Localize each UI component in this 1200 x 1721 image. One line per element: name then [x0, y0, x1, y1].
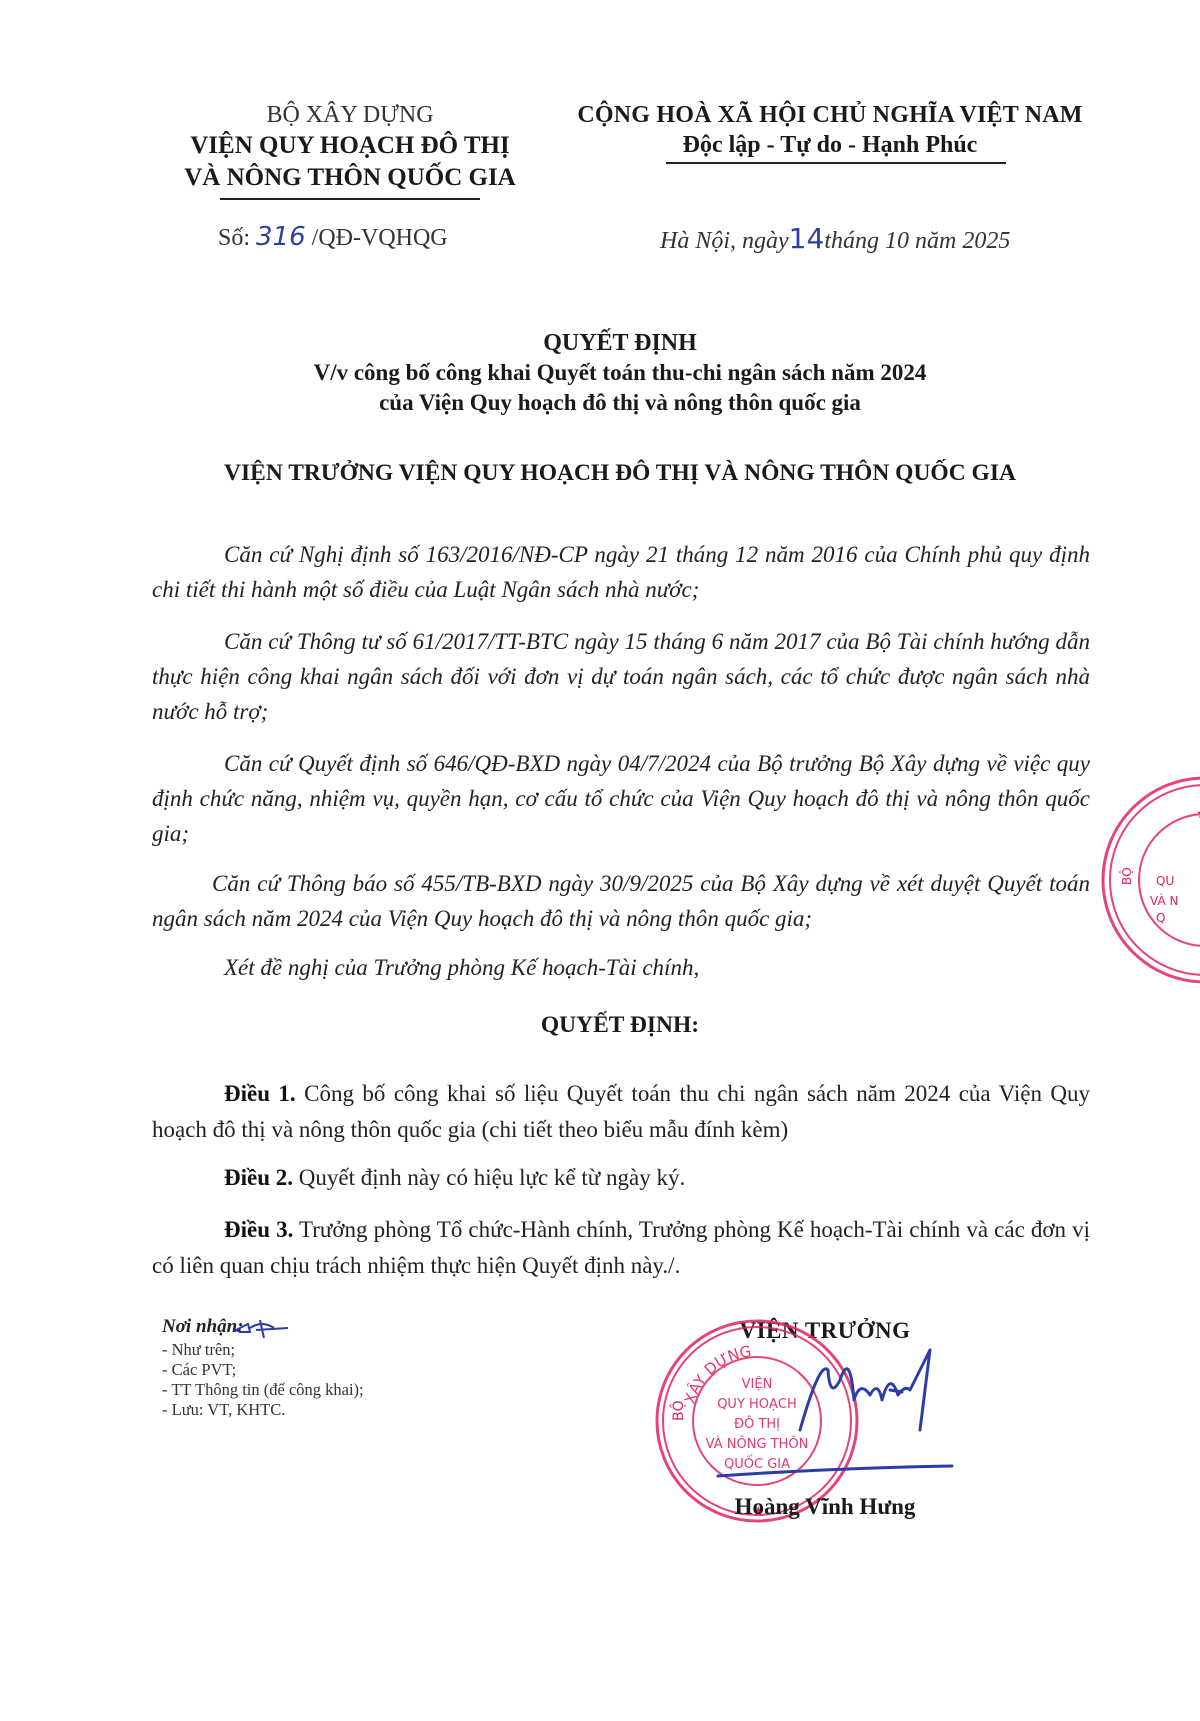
article-3: Điều 3. Trưởng phòng Tổ chức-Hành chính,…	[152, 1212, 1090, 1284]
article-2: Điều 2. Quyết định này có hiệu lực kể từ…	[152, 1160, 1090, 1196]
svg-text:VIỆN: VIỆN	[742, 1376, 773, 1392]
number-suffix: /QĐ-VQHQG	[312, 225, 448, 251]
issue-date: Hà Nội, ngày14tháng 10 năm 2025	[660, 222, 1010, 255]
article-1: Điều 1. Công bố công khai số liệu Quyết …	[152, 1076, 1090, 1148]
svg-text:★: ★	[1196, 807, 1200, 822]
number-prefix: Số:	[218, 225, 250, 251]
article-label: Điều 2.	[224, 1165, 293, 1190]
title-heading: QUYẾT ĐỊNH	[140, 328, 1100, 358]
org-name-line1: VIỆN QUY HOẠCH ĐÔ THỊ	[160, 130, 540, 162]
signer-name: Hoàng Vĩnh Hưng	[700, 1494, 950, 1520]
national-motto: Độc lập - Tự do - Hạnh Phúc	[566, 130, 1094, 160]
recipient-item: - Như trên;	[162, 1340, 522, 1360]
date-day-handwritten: 14	[789, 222, 825, 255]
issuer-header: BỘ XÂY DỰNG VIỆN QUY HOẠCH ĐÔ THỊ VÀ NÔN…	[160, 100, 540, 200]
svg-text:BỘ: BỘ	[1119, 867, 1134, 885]
document-title: QUYẾT ĐỊNH V/v công bố công khai Quyết t…	[140, 328, 1100, 418]
decision-heading: QUYẾT ĐỊNH:	[140, 1012, 1100, 1039]
svg-text:VÀ N: VÀ N	[1150, 893, 1178, 908]
article-label: Điều 3.	[224, 1217, 293, 1242]
org-name-line2: VÀ NÔNG THÔN QUỐC GIA	[160, 162, 540, 194]
svg-text:ĐÔ THỊ: ĐÔ THỊ	[734, 1416, 780, 1432]
signature-underline-icon	[714, 1462, 954, 1482]
legal-basis: Căn cứ Quyết định số 646/QĐ-BXD ngày 04/…	[152, 746, 1090, 851]
svg-text:QUY HOẠCH: QUY HOẠCH	[717, 1397, 797, 1412]
legal-basis: Căn cứ Thông báo số 455/TB-BXD ngày 30/9…	[152, 866, 1090, 936]
recipient-item: - Lưu: VT, KHTC.	[162, 1400, 522, 1420]
ministry-name: BỘ XÂY DỰNG	[160, 100, 540, 130]
article-label: Điều 1.	[224, 1081, 296, 1106]
svg-text:QUỐC GIA: QUỐC GIA	[724, 1455, 790, 1472]
recipients-list: - Như trên; - Các PVT; - TT Thông tin (đ…	[162, 1340, 522, 1420]
title-subject-line1: V/v công bố công khai Quyết toán thu-chi…	[140, 358, 1100, 388]
national-header: CỘNG HOÀ XÃ HỘI CHỦ NGHĨA VIỆT NAM Độc l…	[566, 100, 1094, 164]
number-handwritten: 316	[256, 222, 306, 252]
recipient-item: - Các PVT;	[162, 1360, 522, 1380]
proposal-basis: Xét đề nghị của Trưởng phòng Kế hoạch-Tà…	[152, 950, 1090, 985]
legal-basis: Căn cứ Thông tư số 61/2017/TT-BTC ngày 1…	[152, 624, 1090, 729]
issuing-authority: VIỆN TRƯỞNG VIỆN QUY HOẠCH ĐÔ THỊ VÀ NÔN…	[140, 460, 1100, 487]
date-prefix: Hà Nội, ngày	[660, 228, 789, 254]
svg-text:BỘ: BỘ	[669, 1400, 687, 1421]
title-subject-line2: của Viện Quy hoạch đô thị và nông thôn q…	[140, 388, 1100, 418]
signature-icon	[790, 1340, 950, 1450]
signer-title: VIỆN TRƯỞNG	[700, 1318, 950, 1344]
svg-text:Q: Q	[1156, 911, 1165, 925]
motto-underline	[666, 162, 1006, 164]
recipients-label: Nơi nhận:	[162, 1316, 522, 1338]
header-underline	[220, 198, 480, 200]
recipient-item: - TT Thông tin (để công khai);	[162, 1380, 522, 1400]
recipients-block: Nơi nhận: - Như trên; - Các PVT; - TT Th…	[162, 1316, 522, 1420]
article-text: Quyết định này có hiệu lực kể từ ngày ký…	[299, 1165, 685, 1190]
article-text: Trưởng phòng Tổ chức-Hành chính, Trưởng …	[152, 1217, 1090, 1278]
svg-text:XÂY DỰNG: XÂY DỰNG	[681, 1342, 753, 1406]
nation-name: CỘNG HOÀ XÃ HỘI CHỦ NGHĨA VIỆT NAM	[566, 100, 1094, 130]
svg-text:VÀ NÔNG THÔN: VÀ NÔNG THÔN	[706, 1436, 809, 1452]
document-number: Số: 316 /QĐ-VQHQG	[218, 222, 448, 252]
legal-basis: Căn cứ Nghị định số 163/2016/NĐ-CP ngày …	[152, 537, 1090, 607]
page-seal-fragment-icon: ★ QU VÀ N Q BỘ	[1100, 760, 1200, 1000]
svg-text:QU: QU	[1156, 874, 1174, 888]
date-suffix: tháng 10 năm 2025	[824, 228, 1010, 254]
